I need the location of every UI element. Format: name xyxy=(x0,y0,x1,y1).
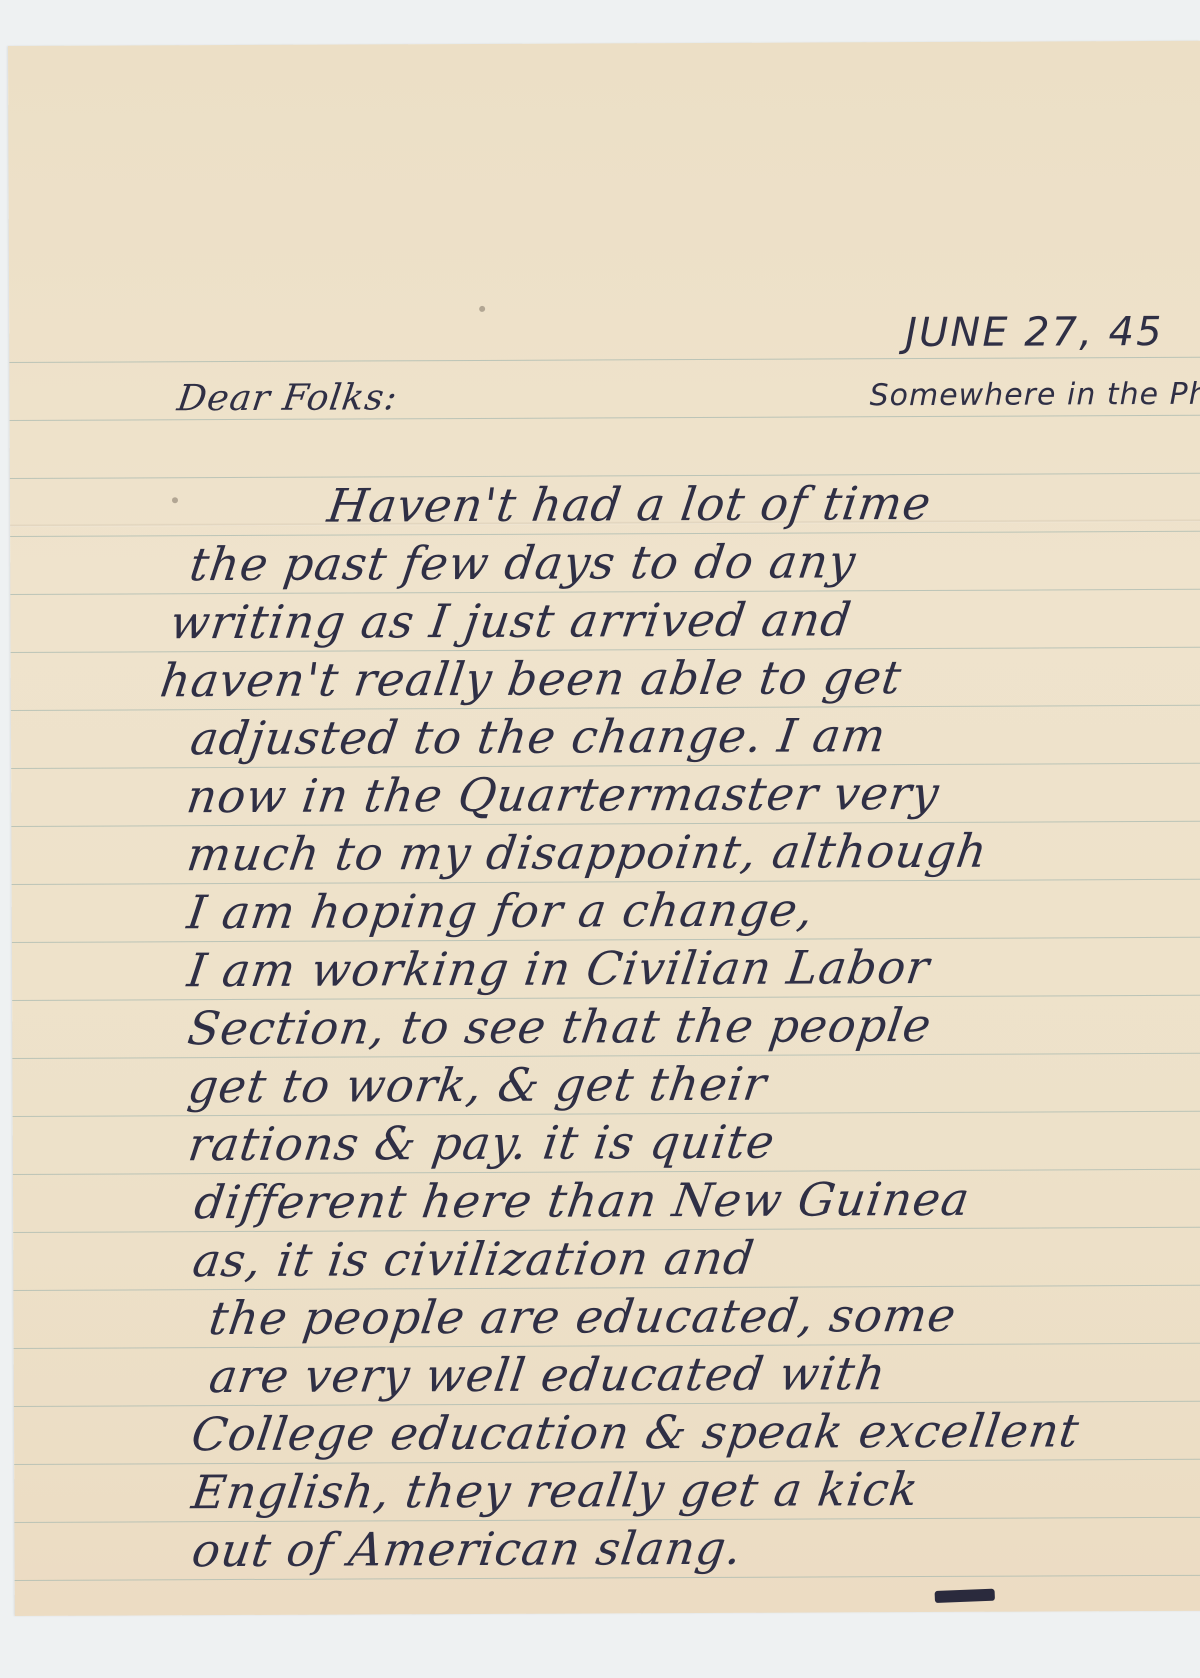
ruled-line xyxy=(9,357,1200,363)
paper-spot xyxy=(479,306,485,312)
body-line: I am hoping for a change, xyxy=(185,886,817,935)
salutation: Dear Folks: xyxy=(175,380,400,417)
body-line: haven't really been able to get xyxy=(158,654,905,703)
body-line: are very well educated with xyxy=(207,1350,889,1399)
body-line: now in the Quartermaster very xyxy=(184,770,942,819)
body-line: as, it is civilization and xyxy=(190,1235,757,1283)
body-line: the people are educated, some xyxy=(206,1292,959,1341)
body-line: much to my disappoint, although xyxy=(184,828,990,878)
letter-location: Somewhere in the Phillipine xyxy=(869,376,1200,413)
letter-date: JUNE 27, 45 xyxy=(905,309,1163,356)
body-line: different here than New Guinea xyxy=(192,1176,973,1225)
body-line: English, they really get a kick xyxy=(189,1466,921,1515)
body-line: out of American slang. xyxy=(189,1525,745,1573)
body-line: get to work, & get their xyxy=(185,1061,769,1110)
body-line: Section, to see that the people xyxy=(185,1002,934,1051)
body-line: writing as I just arrived and xyxy=(167,596,854,645)
body-line: rations & pay. it is quite xyxy=(186,1119,778,1168)
scribbled-mark xyxy=(935,1589,995,1603)
body-line: the past few days to do any xyxy=(187,538,859,587)
letter-paper: JUNE 27, 45 Somewhere in the Phillipine … xyxy=(8,41,1200,1616)
body-line: adjusted to the change. I am xyxy=(188,712,889,761)
body-line: Haven't had a lot of time xyxy=(325,480,934,529)
body-line: College education & speak excellent xyxy=(189,1407,1082,1457)
body-line: I am working in Civilian Labor xyxy=(185,944,933,993)
paper-spot xyxy=(172,497,178,503)
